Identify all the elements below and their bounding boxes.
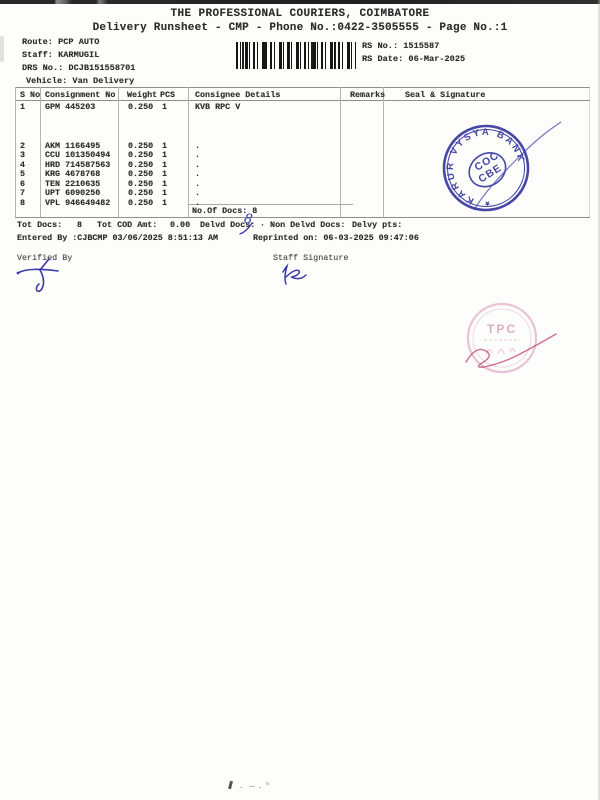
verified-by-signature	[14, 256, 74, 296]
cell-consignment-no: GPM 445203	[45, 103, 95, 113]
cell-consignment-no: VPL 946649482	[45, 199, 110, 209]
scan-smudge-artifact	[0, 36, 4, 62]
tot-docs-label: Tot Docs:	[17, 220, 62, 230]
scan-top-edge-artifact	[0, 0, 600, 4]
staff-signature-label: Staff Signature	[273, 253, 348, 263]
runsheet-barcode	[236, 42, 356, 69]
scanned-runsheet-page: THE PROFESSIONAL COURIERS, COIMBATORE De…	[0, 0, 600, 800]
non-delvd-docs-label: · Non Delvd Docs:	[260, 220, 345, 230]
col-header-consignee: Consignee Details	[195, 90, 280, 100]
reprinted-on: Reprinted on: 06-03-2025 09:47:06	[253, 233, 419, 243]
cell-pcs: 1	[162, 103, 167, 113]
tot-cod-value: 0.00	[170, 220, 190, 230]
rs-date: RS Date: 06-Mar-2025	[362, 54, 465, 64]
tpc-faint-stamp: TPC	[452, 298, 572, 386]
tot-cod-label: Tot COD Amt:	[97, 220, 157, 230]
doc-title: THE PROFESSIONAL COURIERS, COIMBATORE	[0, 8, 600, 20]
info-route: Route: PCP AUTO	[22, 37, 99, 47]
tpc-stamp-text: TPC	[487, 322, 517, 336]
delvy-pts-label: Delvy pts:	[352, 220, 402, 230]
col-header-weight: Weight	[127, 90, 157, 100]
cell-s-no: 1	[20, 103, 25, 113]
info-vehicle: Vehicle: Van Delivery	[26, 76, 134, 86]
col-header-consignment: Consignment No	[45, 90, 115, 100]
entered-by: Entered By :CJBCMP 03/06/2025 8:51:13 AM	[17, 233, 218, 243]
col-header-remarks: Remarks	[350, 90, 385, 100]
info-drs-no: DRS No.: DCJB151558701	[22, 63, 135, 73]
kvb-round-stamp: KARUR VYSYA BANK ★ COC CBE	[424, 108, 564, 226]
col-header-s-no: S No	[20, 90, 40, 100]
rs-no: RS No.: 1515587	[362, 41, 439, 51]
cell-consignee: KVB RPC V	[195, 103, 240, 113]
stamp-star-icon: ★	[482, 198, 492, 210]
tot-docs-value: 8	[77, 220, 82, 230]
staff-signature	[280, 263, 320, 291]
cell-weight: 0.250	[128, 199, 153, 209]
cell-weight: 0.250	[128, 103, 153, 113]
info-staff: Staff: KARMUGIL	[22, 50, 99, 60]
cell-pcs: 1	[162, 199, 167, 209]
col-header-seal: Seal & Signature	[405, 90, 485, 100]
doc-subtitle: Delivery Runsheet - CMP - Phone No.:0422…	[0, 22, 600, 34]
col-header-pcs: PCS	[160, 90, 175, 100]
cell-s-no: 8	[20, 199, 25, 209]
delvd-docs-pen-tail	[238, 222, 258, 236]
svg-text:★: ★	[482, 198, 492, 210]
